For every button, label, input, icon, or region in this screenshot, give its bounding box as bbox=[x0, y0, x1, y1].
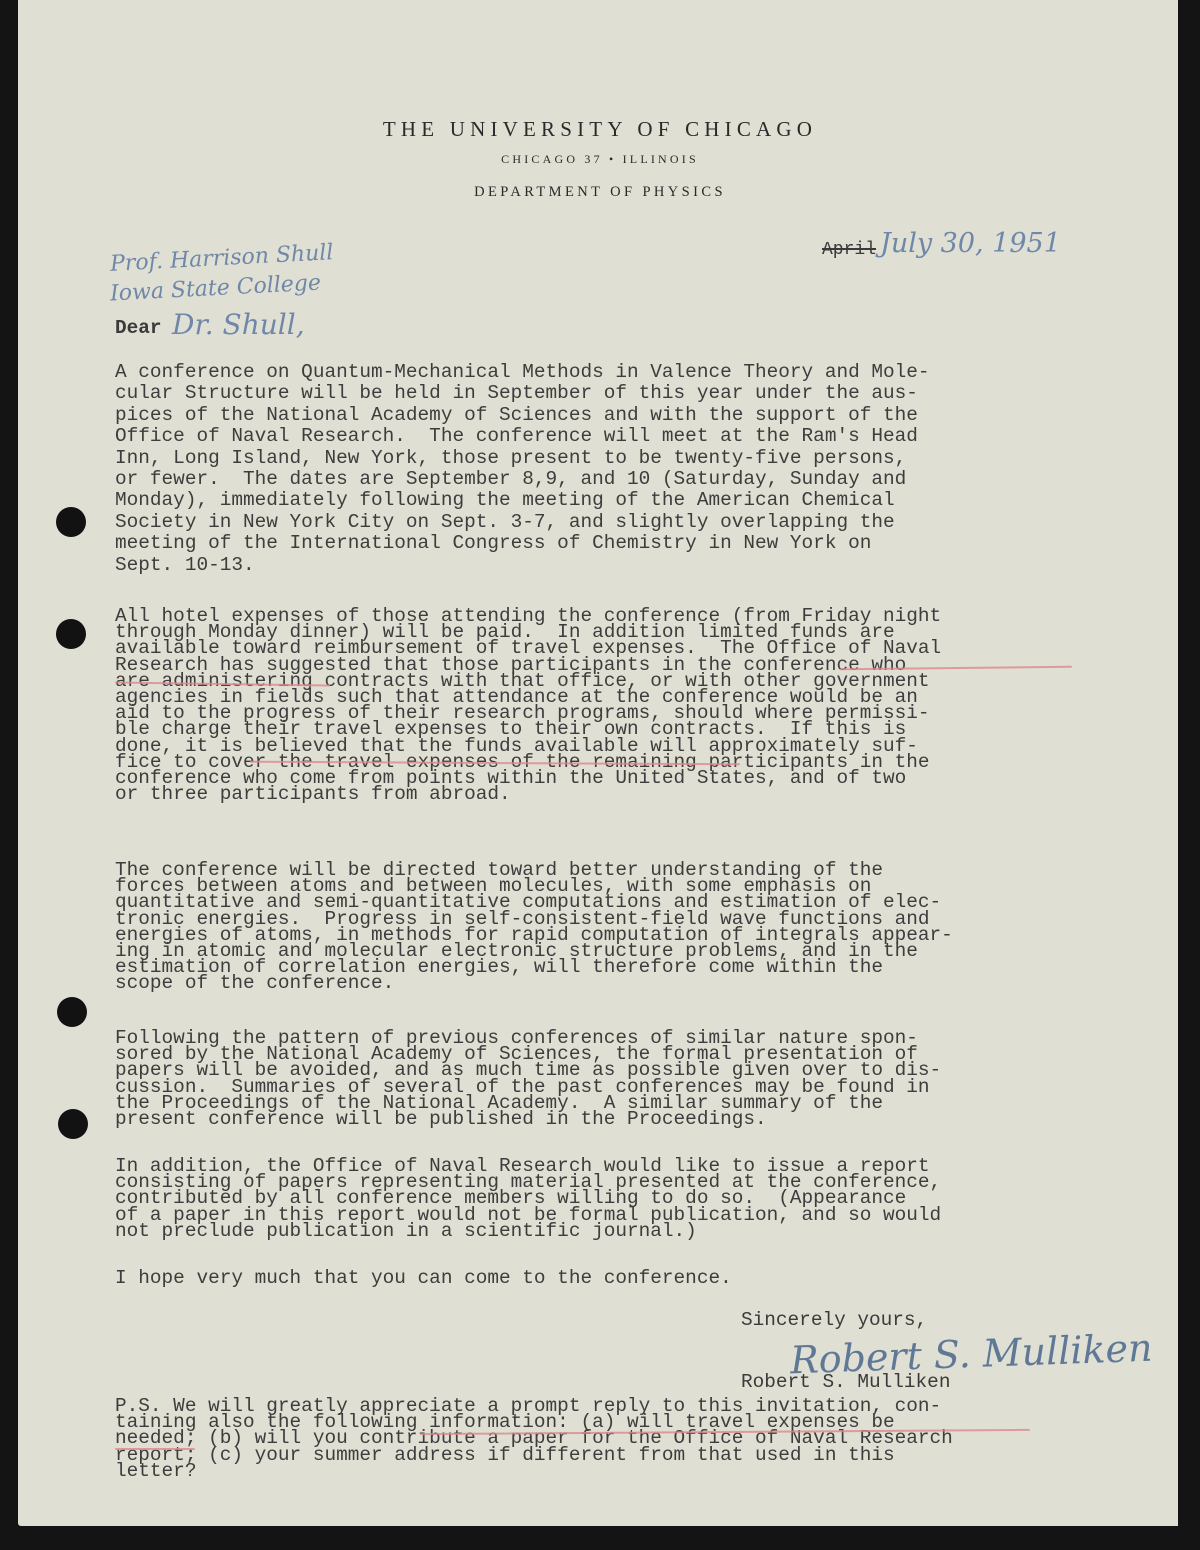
punch-hole bbox=[58, 1109, 88, 1139]
body-paragraph-4: Following the pattern of previous confer… bbox=[115, 1030, 941, 1127]
date-typed-struck: April bbox=[822, 240, 876, 261]
body-paragraph-5: In addition, the Office of Naval Researc… bbox=[115, 1158, 941, 1239]
text-line: A conference on Quantum-Mechanical Metho… bbox=[115, 362, 930, 383]
punch-hole bbox=[56, 507, 86, 537]
typed-signatory-name: Robert S. Mulliken bbox=[741, 1372, 950, 1393]
date-handwritten: July 30, 1951 bbox=[880, 228, 1061, 259]
letterhead-address: CHICAGO 37 • ILLINOIS bbox=[0, 152, 1200, 167]
body-paragraph-2: All hotel expenses of those attending th… bbox=[115, 608, 941, 802]
text-line: Office of Naval Research. The conference… bbox=[115, 426, 930, 447]
body-paragraph-1: A conference on Quantum-Mechanical Metho… bbox=[115, 362, 930, 576]
punch-hole bbox=[57, 997, 87, 1027]
postscript: P.S. We will greatly appreciate a prompt… bbox=[115, 1398, 953, 1479]
red-underline bbox=[115, 1448, 195, 1450]
text-line: Inn, Long Island, New York, those presen… bbox=[115, 448, 930, 469]
valediction: Sincerely yours, bbox=[741, 1310, 927, 1331]
letterhead-department: DEPARTMENT OF PHYSICS bbox=[0, 184, 1200, 201]
text-line: report; (c) your summer address if diffe… bbox=[115, 1447, 953, 1463]
text-line: Society in New York City on Sept. 3-7, a… bbox=[115, 512, 930, 533]
salutation-handwritten: Dr. Shull, bbox=[172, 308, 305, 341]
text-line: cular Structure will be held in Septembe… bbox=[115, 383, 930, 404]
body-paragraph-3: The conference will be directed toward b… bbox=[115, 862, 953, 992]
salutation-typed: Dear bbox=[115, 318, 162, 339]
text-line: I hope very much that you can come to th… bbox=[115, 1270, 732, 1286]
punch-hole bbox=[56, 619, 86, 649]
body-paragraph-6: I hope very much that you can come to th… bbox=[115, 1270, 732, 1286]
text-line: Sept. 10-13. bbox=[115, 555, 930, 576]
letterhead-institution: THE UNIVERSITY OF CHICAGO bbox=[0, 117, 1200, 142]
text-line: pices of the National Academy of Science… bbox=[115, 405, 930, 426]
text-line: or fewer. The dates are September 8,9, a… bbox=[115, 469, 930, 490]
text-line: meeting of the International Congress of… bbox=[115, 533, 930, 554]
text-line: Monday), immediately following the meeti… bbox=[115, 490, 930, 511]
